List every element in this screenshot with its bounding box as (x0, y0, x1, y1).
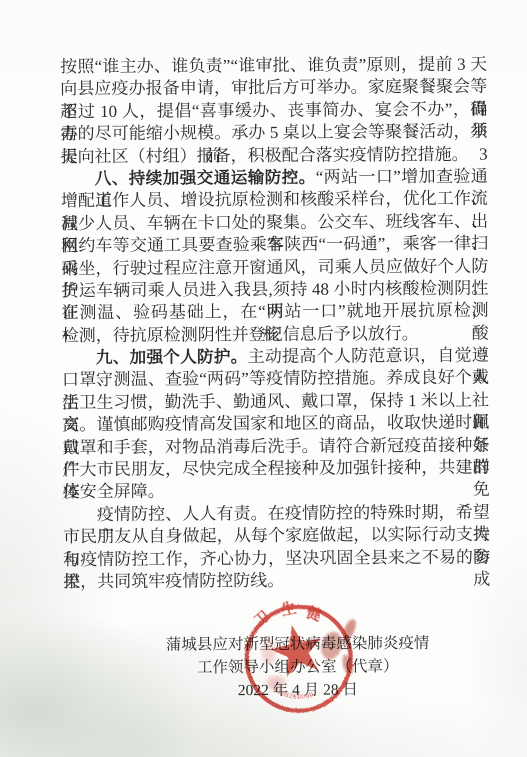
body-line-9: 网约车等交通工具要查验乘客陕西“一码通”，乘客一律扫码 (61, 233, 488, 258)
seal-star-icon (271, 625, 322, 676)
body-line-18: 口罩和手套，对物品消毒后洗手。请符合新冠疫苗接种条件的 (62, 434, 489, 459)
body-line-14: 九、加强个人防护。主动提高个人防范意识，自觉遵守戴 (62, 345, 489, 370)
body-line-15: 口罩、测温、查验“两码”等疫情防控措施。养成良好个人生 (62, 367, 489, 392)
body-line-21: 疫情防控、人人有责。在疫情防控的特殊时期，希望广大 (63, 501, 490, 526)
seal-ink-smudge (267, 676, 285, 690)
seal-ink-smudge (262, 640, 276, 664)
seal-arc-text: 卫 (251, 607, 274, 630)
body-line-16: 活卫生习惯，勤洗手、勤通风、戴口罩，保持 1 米以上社交距 (62, 389, 489, 414)
body-line-7: 增配工作人员、增设抗原检测和核酸采样台，优化工作流程、 (61, 188, 488, 213)
page-content: 按照“谁主办、谁负责”“谁审批、谁负责”原则，提前 3 天向县应疫办报备申请，审… (0, 0, 527, 757)
seal-arc-text: 生 (280, 600, 298, 620)
body-line-11: 货运车辆司乘人员进入我县,须持 48 小时内核酸检测阴性证明， (61, 278, 488, 303)
body-line-6: 八、持续加强交通运输防控。“两站一口”增加查验通道、 (61, 166, 488, 191)
document-body: 按照“谁主办、谁负责”“谁审批、谁负责”原则，提前 3 天向县应疫办报备申请，审… (60, 54, 490, 594)
body-line-4: 办的尽可能缩小规模。承办 5 桌以上宴会等聚餐活动，须提前 3 (60, 121, 487, 146)
body-line-12: 在测温、验码基础上，在“两站一口”就地开展抗原检测+核酸 (62, 300, 489, 325)
seal-ink-smudge (318, 629, 346, 662)
body-line-10: 乘坐，行驶过程应注意开窗通风，司乘人员应做好个人防护。 (61, 255, 488, 280)
body-line-1: 按照“谁主办、谁负责”“谁审批、谁负责”原则，提前 3 天 (60, 54, 487, 79)
body-line-23: 与疫情防控工作，齐心协力，坚决巩固全县来之不易的防控成 (63, 546, 490, 571)
body-line-19: 广大市民朋友，尽快完成全程接种及加强针接种，共建群体免 (62, 457, 489, 482)
body-line-8: 减少人员、车辆在卡口处的聚集。公交车、班线客车、出租车、 (61, 210, 488, 235)
official-seal-stamp: 卫 生 健 6105260000 (228, 585, 369, 736)
body-line-22: 市民朋友从自身做起，从每个家庭做起，以实际行动支持和参 (63, 524, 490, 549)
body-line-17: 离。谨慎邮购疫情高发国家和地区的商品，收取快递时佩戴好 (62, 412, 489, 437)
scanned-document-page: 按照“谁主办、谁负责”“谁审批、谁负责”原则，提前 3 天向县应疫办报备申请，审… (0, 0, 527, 757)
body-line-5: 天向社区（村组）报备，积极配合落实疫情防控措施。 (61, 143, 488, 168)
body-line-3: 超过 10 人，提倡“喜事缓办、丧事简办、宴会不办”，确需举 (60, 98, 487, 123)
body-line-2: 向县应疫办报备申请，审批后方可举办。家庭聚餐聚会等不得 (60, 76, 487, 101)
seal-ink-smudge (340, 654, 355, 676)
